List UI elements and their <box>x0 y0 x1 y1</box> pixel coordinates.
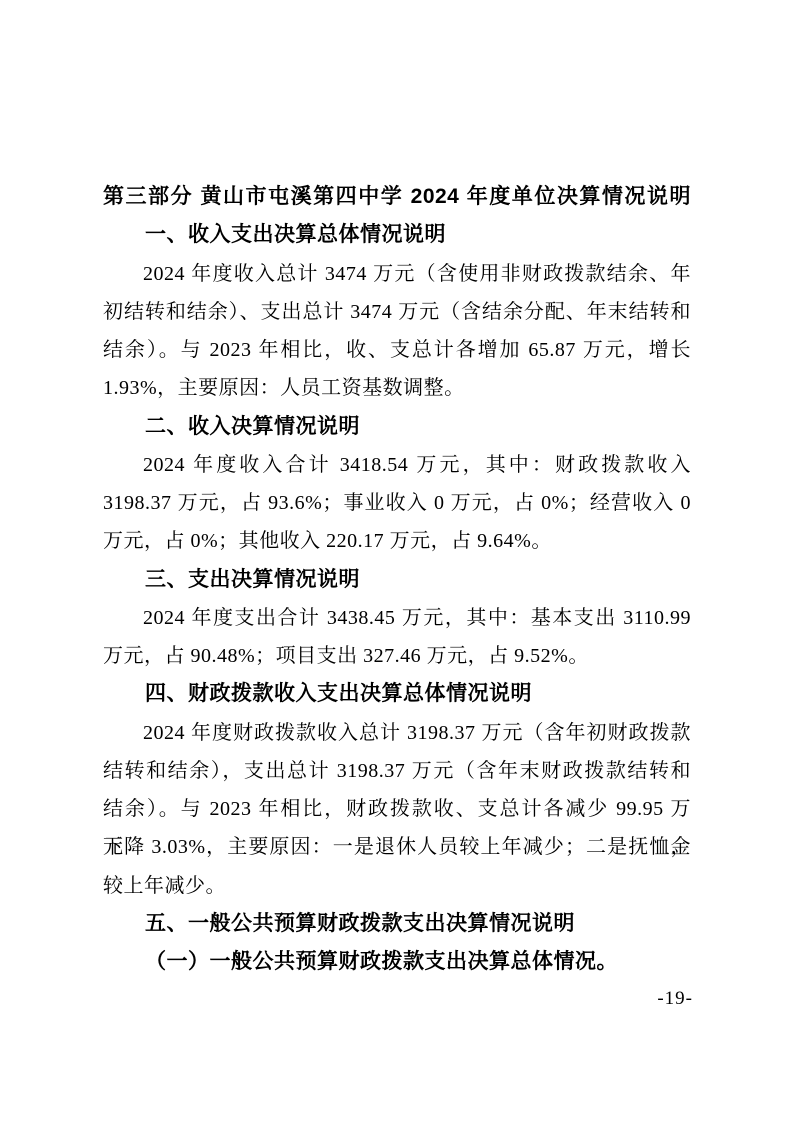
para-2-line-1: 2024 年度收入合计 3418.54 万元，其中：财政拨款收入 <box>103 446 691 484</box>
heading-section-5-1: （一）一般公共预算财政拨款支出决算总体情况。 <box>103 943 691 981</box>
heading-section-5: 五、一般公共预算财政拨款支出决算情况说明 <box>103 905 691 943</box>
heading-section-2: 二、收入决算情况说明 <box>103 408 691 446</box>
para-1-line-2: 初结转和结余）、支出总计 3474 万元（含结余分配、年末结转和 <box>103 293 691 331</box>
para-4-line-3: 结余）。与 2023 年相比，财政拨款收、支总计各减少 99.95 万元， <box>103 790 691 828</box>
document-content: 第三部分 黄山市屯溪第四中学 2024 年度单位决算情况说明 一、收入支出决算总… <box>103 178 691 981</box>
document-page: 第三部分 黄山市屯溪第四中学 2024 年度单位决算情况说明 一、收入支出决算总… <box>0 0 793 1122</box>
para-3-line-2: 万元，占 90.48%；项目支出 327.46 万元，占 9.52%。 <box>103 637 691 675</box>
page-number: -19- <box>657 988 693 1010</box>
para-4-line-1: 2024 年度财政拨款收入总计 3198.37 万元（含年初财政拨款 <box>103 714 691 752</box>
para-2-line-2: 3198.37 万元，占 93.6%；事业收入 0 万元，占 0%；经营收入 0 <box>103 484 691 522</box>
heading-section-1: 一、收入支出决算总体情况说明 <box>103 216 691 254</box>
para-3-line-1: 2024 年度支出合计 3438.45 万元，其中：基本支出 3110.99 <box>103 599 691 637</box>
para-4-line-2: 结转和结余），支出总计 3198.37 万元（含年末财政拨款结转和 <box>103 752 691 790</box>
para-4-line-4: 下降 3.03%，主要原因：一是退休人员较上年减少；二是抚恤金 <box>103 828 691 866</box>
para-2-line-3: 万元，占 0%；其他收入 220.17 万元，占 9.64%。 <box>103 522 691 560</box>
para-4-line-5: 较上年减少。 <box>103 867 691 905</box>
doc-title: 第三部分 黄山市屯溪第四中学 2024 年度单位决算情况说明 <box>103 178 691 216</box>
heading-section-4: 四、财政拨款收入支出决算总体情况说明 <box>103 675 691 713</box>
heading-section-3: 三、支出决算情况说明 <box>103 561 691 599</box>
para-1-line-3: 结余）。与 2023 年相比，收、支总计各增加 65.87 万元，增长 <box>103 331 691 369</box>
para-1-line-4: 1.93%，主要原因：人员工资基数调整。 <box>103 369 691 407</box>
para-1-line-1: 2024 年度收入总计 3474 万元（含使用非财政拨款结余、年 <box>103 255 691 293</box>
